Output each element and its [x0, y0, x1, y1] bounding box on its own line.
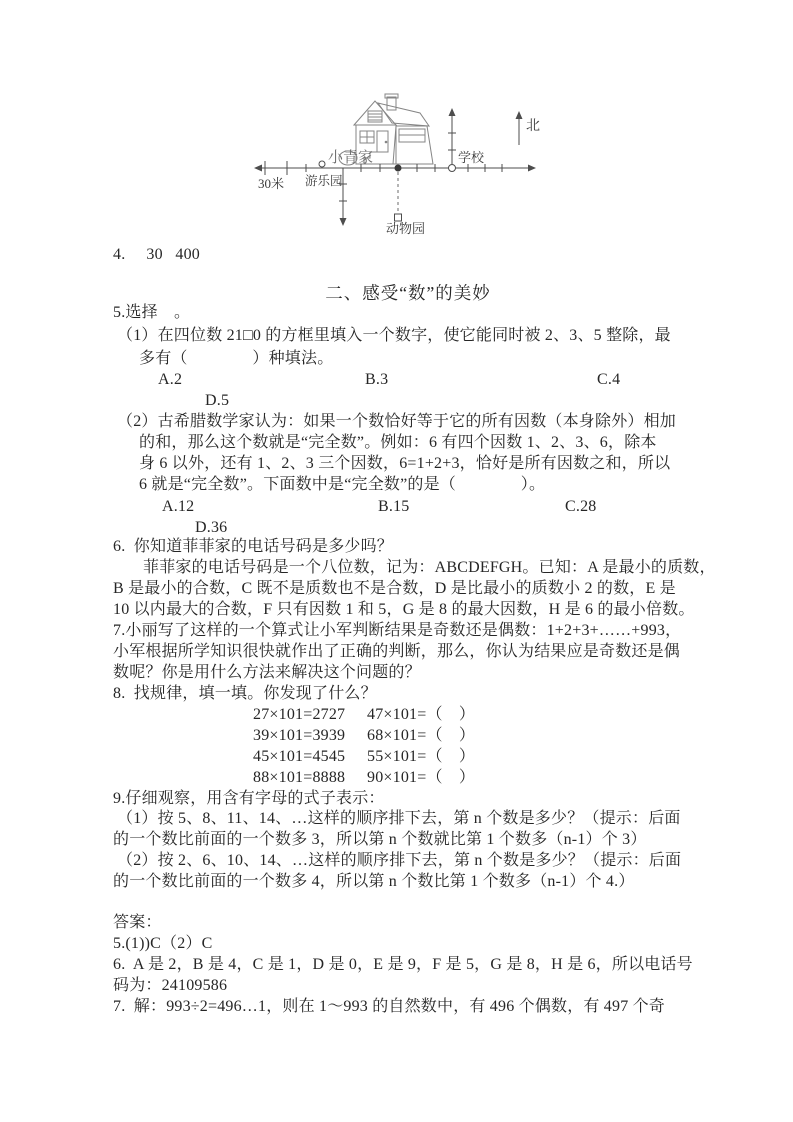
school-road-line [448, 114, 456, 164]
school-marker-icon [449, 165, 456, 172]
map-figure: 30米 游乐园 小青家 动物园 学校 北 [252, 88, 552, 248]
q5-1-option-c: C.4 [597, 370, 620, 390]
q7-line2: 小军根据所学知识很快就作出了正确的判断，那么，你认为结果应是奇数还是偶 [113, 642, 680, 662]
q5-1-option-b: B.3 [365, 370, 388, 390]
q9-1-line1: （1）按 5、8、11、14、…这样的顺序排下去，第 n 个数是多少？（提示：后… [117, 809, 681, 829]
q8-stem: 8. 找规律，填一填。你发现了什么？ [113, 684, 377, 704]
q8-eq3-left: 45×101=4545 [253, 747, 345, 767]
q5-2-line2: 的和，那么这个数就是“完全数”。例如：6 有四个因数 1、2、3、6，除本 [139, 433, 657, 453]
school-label: 学校 [458, 150, 485, 165]
q8-eq3-right: 55×101=（ ） [367, 747, 475, 767]
q5-1-option-d: D.5 [205, 391, 229, 411]
q8-eq2-left: 39×101=3939 [253, 726, 345, 746]
q8-eq2-right: 68×101=（ ） [367, 726, 475, 746]
school-road-arrow-icon [449, 108, 456, 116]
answer-6-line1: 6. A 是 2，B 是 4，C 是 1，D 是 0，E 是 9，F 是 5，G… [113, 955, 693, 975]
answer-7-line: 7. 解：993÷2=496…1，则在 1～993 的自然数中，有 496 个偶… [113, 997, 665, 1017]
home-label: 小青家 [328, 149, 373, 166]
north-arrow-icon [516, 111, 523, 119]
zoo-label: 动物园 [386, 221, 425, 236]
q8-eq4-right: 90×101=（ ） [367, 768, 475, 788]
section-title: 二、感受“数”的美妙 [113, 280, 703, 305]
home-marker-icon [395, 165, 402, 172]
q5-2-line1: （2）古希腊数学家认为：如果一个数恰好等于它的所有因数（本身除外）相加 [117, 412, 676, 432]
q6-line2: 菲菲家的电话号码是一个八位数，记为：ABCDEFGH。已知：A 是最小的质数， [143, 558, 716, 578]
q9-stem: 9.仔细观察，用含有字母的式子表示： [113, 789, 385, 809]
q6-line1: 6. 你知道菲菲家的电话号码是多少吗？ [113, 537, 393, 557]
south-road-arrow-icon [340, 218, 347, 226]
answers-heading: 答案： [113, 913, 162, 933]
q5-2-option-a: A.12 [162, 497, 194, 517]
q8-eq1-right: 47×101=（ ） [367, 705, 475, 725]
q5-2-option-d: D.36 [195, 518, 227, 538]
road-arrow-right-icon [528, 165, 536, 172]
q5-2-option-b: B.15 [378, 497, 409, 517]
q8-eq1-left: 27×101=2727 [253, 705, 345, 725]
park-marker-icon [319, 161, 325, 167]
q5-2-line3: 身 6 以外，还有 1、2、3 三个因数，6=1+2+3，恰好是所有因数之和，所… [139, 454, 670, 474]
q5-1-option-a: A.2 [158, 370, 182, 390]
q5-1-line2: 多有（ ）种填法。 [139, 349, 333, 369]
q7-line3: 数呢？你是用什么方法来解决这个问题的？ [113, 663, 421, 683]
park-label: 游乐园 [305, 174, 343, 188]
q9-1-line2: 的一个数比前面的一个数多 3，所以第 n 个数就比第 1 个数多（n-1）个 3… [113, 830, 647, 850]
answer-4-line: 4. 30 400 [113, 245, 200, 265]
north-label: 北 [526, 118, 540, 134]
q5-1-line1: （1）在四位数 21□0 的方框里填入一个数字，使它能同时被 2、3、5 整除，… [117, 326, 671, 346]
q6-line4: 10 以内最大的合数，F 只有因数 1 和 5，G 是 8 的最大因数，H 是 … [113, 600, 695, 620]
road-arrow-left-icon [254, 165, 262, 172]
answer-6-line2: 码为：24109586 [113, 976, 227, 996]
map-figure-drawing: 30米 游乐园 小青家 动物园 学校 北 [252, 88, 552, 248]
zoo-marker-icon [395, 214, 402, 221]
q9-2-line1: （2）按 2、6、10、14、…这样的顺序排下去，第 n 个数是多少？（提示：后… [117, 851, 681, 871]
q9-2-line2: 的一个数比前面的一个数多 4，所以第 n 个数比第 1 个数多（n-1）个 4.… [113, 872, 635, 892]
q5-2-line4: 6 就是“完全数”。下面数中是“完全数”的是（ ）。 [139, 475, 545, 495]
answer-5-line: 5.(1))C（2）C [113, 934, 213, 954]
q8-eq4-left: 88×101=8888 [253, 768, 345, 788]
q5-stem: 5.选择 。 [113, 303, 190, 323]
q7-line1: 7.小丽写了这样的一个算式让小军判断结果是奇数还是偶数：1+2+3+……+993… [113, 621, 681, 641]
q6-line3: B 是最小的合数，C 既不是质数也不是合数，D 是比最小的质数小 2 的数，E … [113, 579, 676, 599]
scale-label: 30米 [258, 176, 284, 191]
q5-2-option-c: C.28 [565, 497, 596, 517]
worksheet-page: 30米 游乐园 小青家 动物园 学校 北 4. 30 400 二、感受“数”的美… [0, 0, 793, 1122]
